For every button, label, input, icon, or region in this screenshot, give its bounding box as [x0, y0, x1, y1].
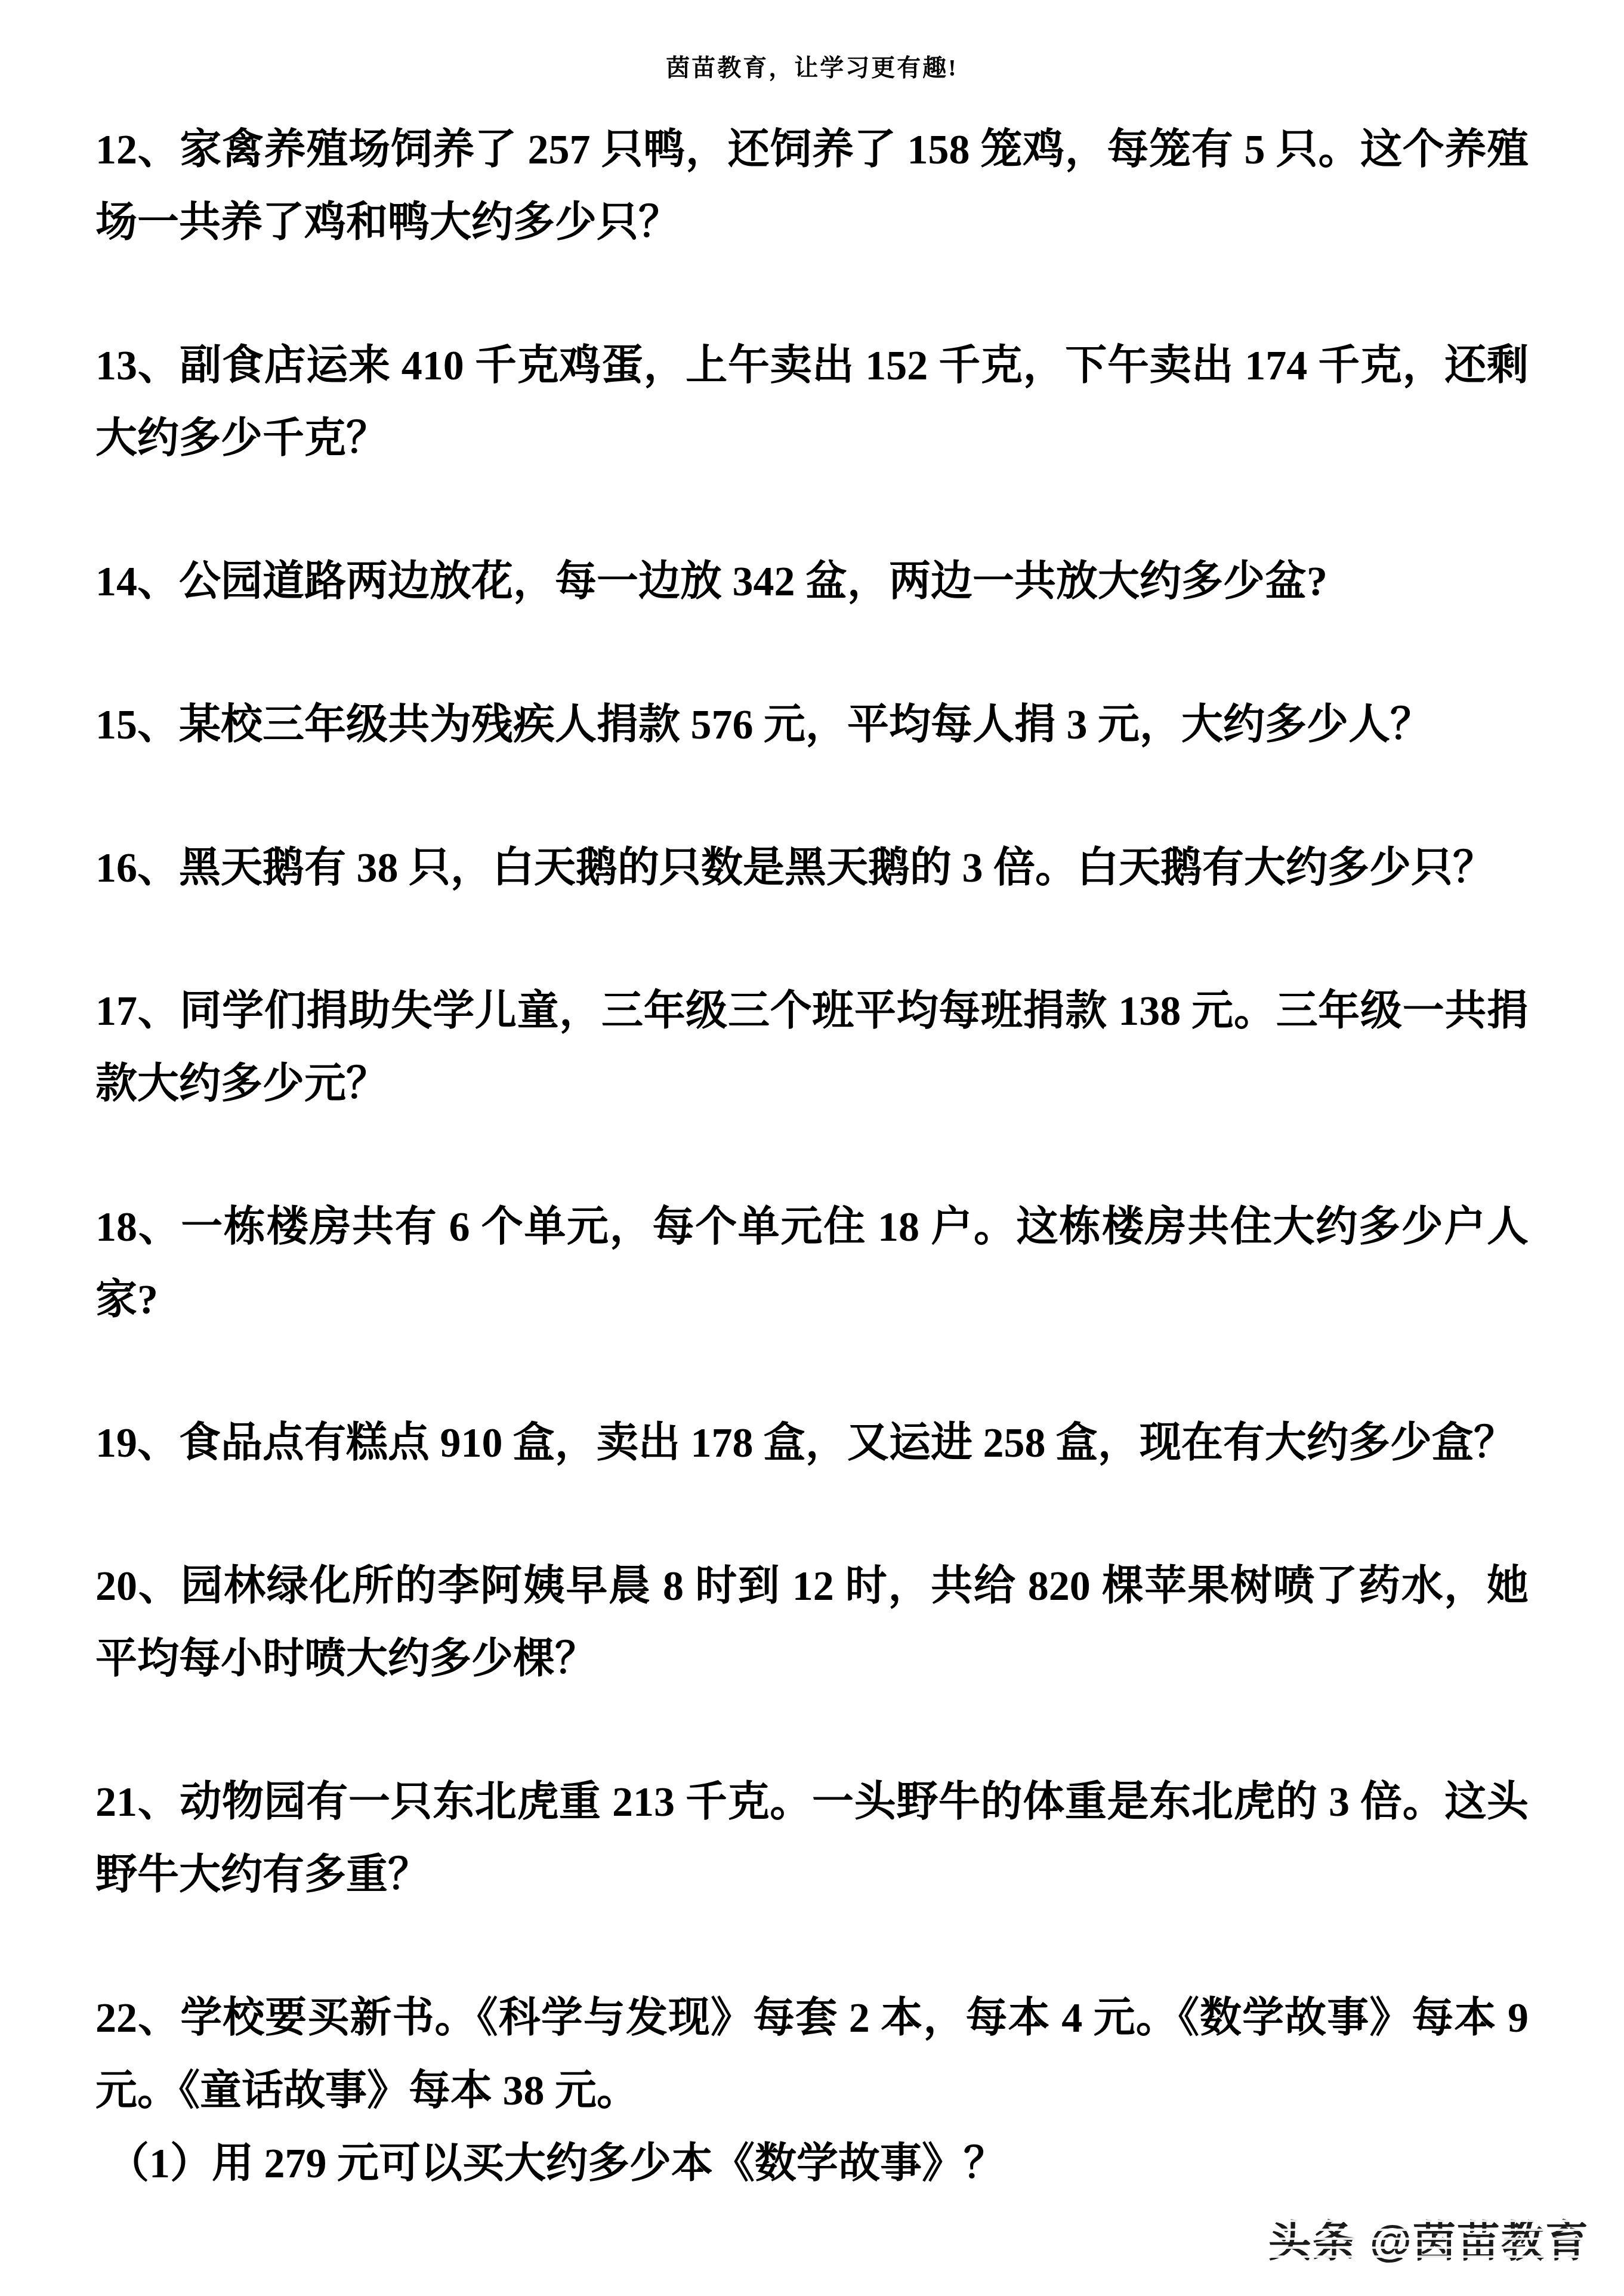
- problem-19: 19、食品点有糕点 910 盒，卖出 178 盒，又运进 258 盒，现在有大约…: [95, 1407, 1529, 1480]
- problem-20: 20、园林绿化所的李阿姨早晨 8 时到 12 时，共给 820 棵苹果树喷了药水…: [95, 1550, 1529, 1696]
- problem-22-part-1: （1）用 279 元可以买大约多少本《数学故事》？: [95, 2128, 1529, 2201]
- problem-15: 15、某校三年级共为残疾人捐款 576 元，平均每人捐 3 元，大约多少人？: [95, 689, 1529, 762]
- watermark-text: 头条 @茵苗教育: [1268, 2218, 1589, 2266]
- problem-22: 22、学校要买新书。《科学与发现》每套 2 本，每本 4 元。《数学故事》每本 …: [95, 1982, 1529, 2128]
- problem-18: 18、一栋楼房共有 6 个单元，每个单元住 18 户。这栋楼房共住大约多少户人家…: [95, 1191, 1529, 1337]
- problem-14: 14、公园道路两边放花，每一边放 342 盆，两边一共放大约多少盆?: [95, 546, 1529, 619]
- problem-12: 12、家禽养殖场饲养了 257 只鸭，还饲养了 158 笼鸡，每笼有 5 只。这…: [95, 114, 1529, 259]
- problem-13: 13、副食店运来 410 千克鸡蛋，上午卖出 152 千克，下午卖出 174 千…: [95, 330, 1529, 475]
- watermark: 头条 @茵苗教育: [1268, 2207, 1589, 2269]
- problem-22-group: 22、学校要买新书。《科学与发现》每套 2 本，每本 4 元。《数学故事》每本 …: [95, 1982, 1529, 2201]
- problem-17: 17、同学们捐助失学儿童，三年级三个班平均每班捐款 138 元。三年级一共捐款大…: [95, 975, 1529, 1121]
- page-header-slogan: 茵苗教育，让学习更有趣!: [0, 0, 1624, 83]
- problem-21: 21、动物园有一只东北虎重 213 千克。一头野牛的体重是东北虎的 3 倍。这头…: [95, 1766, 1529, 1912]
- worksheet-page: { "header": { "title": "茵苗教育，让学习更有趣!" },…: [0, 0, 1624, 2296]
- problem-16: 16、黑天鹅有 38 只，白天鹅的只数是黑天鹅的 3 倍。白天鹅有大约多少只？: [95, 832, 1529, 905]
- problem-list: 12、家禽养殖场饲养了 257 只鸭，还饲养了 158 笼鸡，每笼有 5 只。这…: [0, 83, 1624, 2201]
